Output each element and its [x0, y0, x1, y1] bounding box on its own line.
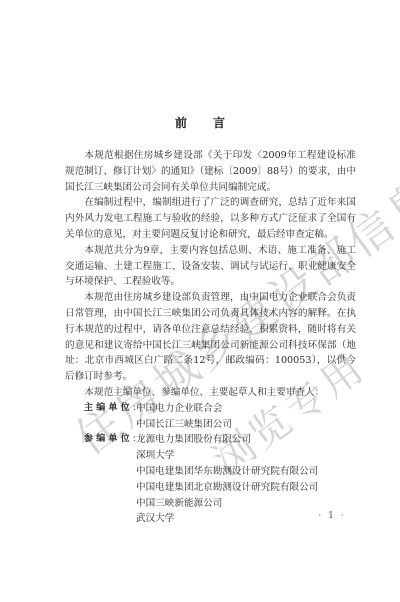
paragraph-management: 本规范由住房城乡建设部负责管理，由中国电力企业联合会负责日常管理，由中国长江三峡… — [65, 290, 356, 385]
org-values: 中国电力企业联合会 中国长江三峡集团公司 — [136, 401, 356, 433]
org-label: 参编单位 — [65, 432, 136, 527]
org-label: 主编单位 — [65, 401, 136, 433]
paragraph-process: 在编制过程中，编制组进行了广泛的调查研究，总结了近年来国内外风力发电工程施工与验… — [65, 195, 356, 242]
document-body: 本规范根据住房城乡建设部《关于印发〈2009年工程建设标准规范制订、修订计划〉的… — [65, 148, 356, 527]
org-value: 中国电建集团华东勘测设计研究院有限公司 — [136, 464, 356, 480]
org-value: 中国电力企业联合会 — [136, 401, 356, 417]
paragraph-basis: 本规范根据住房城乡建设部《关于印发〈2009年工程建设标准规范制订、修订计划〉的… — [65, 148, 356, 195]
org-value: 龙源电力集团股份有限公司 — [136, 432, 356, 448]
paragraph-units-intro: 本规范主编单位、参编单位、主要起草人和主要审查人： — [65, 385, 356, 401]
page-title: 前言 — [0, 114, 400, 131]
document-page: 住房城乡建设部信息公开 浏览专用 前言 本规范根据住房城乡建设部《关于印发〈20… — [0, 0, 400, 602]
chief-editor-units: 主编单位 中国电力企业联合会 中国长江三峡集团公司 — [65, 401, 356, 433]
org-value: 中国电建集团北京勘测设计研究院有限公司 — [136, 480, 356, 496]
org-value: 中国三峡新能源公司 — [136, 496, 356, 512]
org-value: 深圳大学 — [136, 448, 356, 464]
org-value: 中国长江三峡集团公司 — [136, 417, 356, 433]
paragraph-contents: 本规范共分为9章，主要内容包括总则、术语、施工准备、施工交通运输、土建工程施工、… — [65, 243, 356, 290]
page-number: · 1 · — [312, 511, 352, 521]
